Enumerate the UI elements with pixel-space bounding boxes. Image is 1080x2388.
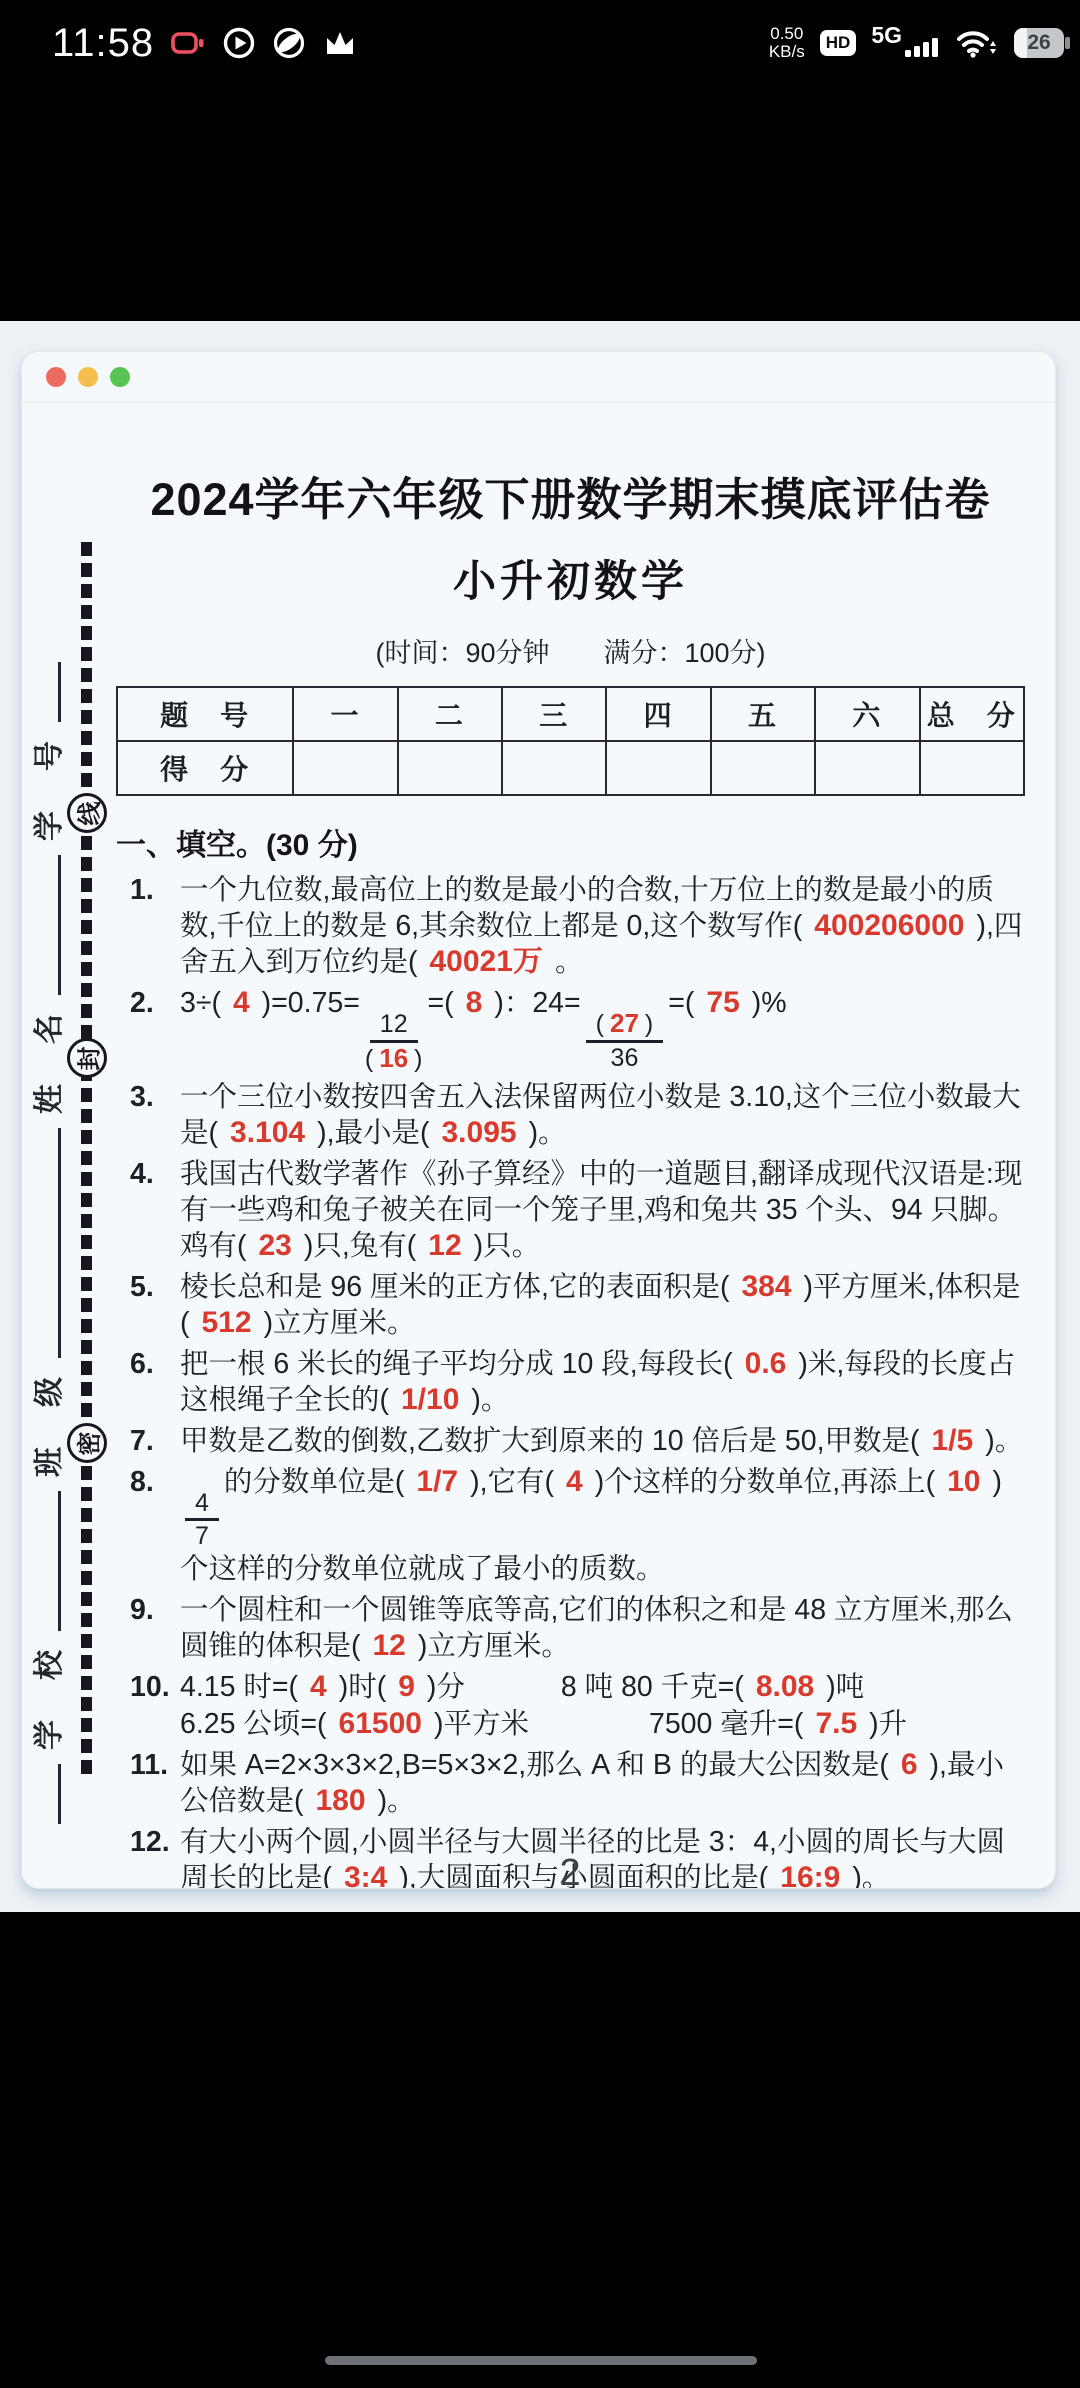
question-body: 3÷(4)=0.75=12(16)=(8)：24=(27)36=(75)% [180, 985, 1025, 1075]
question-line: 棱长总和是 96 厘米的正方体,它的表面积是(384)平方厘米,体积是(512)… [180, 1269, 1025, 1341]
theater-mask-icon [272, 26, 306, 60]
battery-indicator: 26 [1014, 28, 1070, 58]
question-number: 11. [130, 1747, 180, 1820]
question-body: 有大小两个圆,小圆半径与大圆半径的比是 3：4,小圆的周长与大圆周长的比是(3:… [180, 1824, 1025, 1889]
question-number: 6. [130, 1346, 180, 1419]
question-number: 3. [130, 1079, 180, 1152]
clock-time: 11:58 [52, 21, 154, 66]
signal-bars-icon [905, 38, 938, 57]
student-field-label: 姓 名 [24, 1009, 68, 1114]
answer-text: 512 [190, 1306, 264, 1339]
question-line: 有大小两个圆,小圆半径与大圆半径的比是 3：4,小圆的周长与大圆周长的比是(3:… [180, 1824, 1025, 1889]
question-text: 一个圆柱和一个圆锥等底等高,它们的体积之和是 48 立方厘米,那么圆锥的体积是( [180, 1594, 1013, 1662]
seal-character-badge: 密 [67, 1423, 107, 1463]
paper-subtitle: 小升初数学 [116, 548, 1025, 609]
question: 3.一个三位小数按四舍五入法保留两位小数是 3.10,这个三位小数最大是(3.1… [116, 1079, 1025, 1152]
question-text: )。 [985, 1425, 1023, 1457]
question-line: 如果 A=2×3×3×2,B=5×3×2,那么 A 和 B 的最大公因数是(6)… [180, 1747, 1025, 1819]
question-line: 甲数是乙数的倒数,乙数扩大到原来的 10 倍后是 50,甲数是(1/5)。 [180, 1423, 1025, 1459]
question-text: )立方厘米。 [418, 1630, 570, 1662]
question-number: 7. [130, 1423, 180, 1460]
question-body: 47的分数单位是(1/7),它有(4)个这样的分数单位,再添上(10)个这样的分… [180, 1464, 1025, 1589]
question-text: 7 [195, 1522, 209, 1550]
question-text: 把一根 6 米长的绳子平均分成 10 段,每段长( [180, 1348, 733, 1380]
answer-text: 16 [373, 1043, 414, 1073]
question-text: )。 [378, 1785, 416, 1817]
document-viewer-card[interactable]: 学 校班 级姓 名学 号 线封密 2024学年六年级下册数学期末摸底评估卷 小升… [21, 351, 1056, 1889]
question-text: 7500 毫升=( [649, 1708, 803, 1740]
question: 6.把一根 6 米长的绳子平均分成 10 段,每段长(0.6)米,每段的长度占这… [116, 1346, 1025, 1419]
answer-text: 180 [304, 1784, 378, 1817]
question-body: 棱长总和是 96 厘米的正方体,它的表面积是(384)平方厘米,体积是(512)… [180, 1269, 1025, 1342]
network-speed-value: 0.50 [770, 25, 803, 43]
answer-text: 1/7 [404, 1465, 470, 1498]
question-text: 4 [195, 1489, 209, 1517]
answer-text: 4 [221, 986, 262, 1019]
question-line: 一个九位数,最高位上的数是最小的合数,十万位上的数是最小的质数,千位上的数是 6… [180, 872, 1025, 980]
screen-record-icon [170, 27, 206, 59]
home-indicator[interactable] [325, 2356, 757, 2365]
question-text: ),大圆面积与小圆面积的比是( [399, 1862, 768, 1889]
question-text: ) [645, 1010, 653, 1038]
seal-character: 线 [70, 801, 105, 825]
score-cell-empty [815, 741, 919, 795]
blank-write-line [32, 1128, 61, 1358]
question-text: )。 [852, 1862, 890, 1889]
window-close-dot[interactable] [46, 367, 66, 387]
crown-icon [322, 28, 358, 58]
question: 9.一个圆柱和一个圆锥等底等高,它们的体积之和是 48 立方厘米,那么圆锥的体积… [116, 1592, 1025, 1665]
score-table-header-cell: 四 [606, 687, 710, 741]
question-line: 47的分数单位是(1/7),它有(4)个这样的分数单位,再添上(10)个这样的分… [180, 1464, 1025, 1588]
student-field-label: 学 校 [24, 1645, 68, 1750]
question-number: 4. [130, 1156, 180, 1265]
score-table-corner: 题 号 [117, 687, 293, 741]
question-number: 1. [130, 872, 180, 981]
question: 2.3÷(4)=0.75=12(16)=(8)：24=(27)36=(75)% [116, 985, 1025, 1075]
question-text: 6.25 公顷=( [180, 1708, 327, 1740]
student-field-label: 学 号 [24, 736, 68, 841]
answer-text: 3:4 [332, 1861, 399, 1889]
question: 11.如果 A=2×3×3×2,B=5×3×2,那么 A 和 B 的最大公因数是… [116, 1747, 1025, 1820]
section-heading: 一、填空。(30 分) [116, 820, 1025, 864]
question-text: )时( [339, 1671, 386, 1703]
question-text: )只。 [474, 1230, 541, 1262]
question-list: 1.一个九位数,最高位上的数是最小的合数,十万位上的数是最小的质数,千位上的数是… [116, 872, 1025, 1889]
fraction: (27)36 [586, 1009, 664, 1073]
question-number: 10. [130, 1669, 180, 1743]
question-text: )分 [427, 1671, 465, 1703]
question-text: 3÷( [180, 987, 221, 1019]
question: 1.一个九位数,最高位上的数是最小的合数,十万位上的数是最小的质数,千位上的数是… [116, 872, 1025, 981]
question-line: 4.15 时=(4)时(9)分8 吨 80 千克=(8.08)吨 [180, 1669, 1025, 1705]
answer-text: 23 [247, 1229, 304, 1262]
question-text: )。 [471, 1384, 509, 1416]
answer-text: 27 [604, 1008, 645, 1038]
score-table-header-cell: 五 [711, 687, 815, 741]
blank-write-line [32, 1491, 61, 1631]
answer-text: 61500 [327, 1707, 434, 1740]
seal-dashed-line [81, 542, 92, 1777]
question: 5.棱长总和是 96 厘米的正方体,它的表面积是(384)平方厘米,体积是(51… [116, 1269, 1025, 1342]
answer-text: 384 [729, 1270, 803, 1303]
question-text: )个这样的分数单位,再添上( [595, 1466, 935, 1498]
seal-character: 封 [70, 1046, 105, 1070]
question-text: )% [752, 987, 787, 1019]
window-minimize-dot[interactable] [78, 367, 98, 387]
answer-text: 6 [889, 1748, 930, 1781]
question-text: ),最小是( [317, 1117, 429, 1149]
network-speed: 0.50 KB/s [769, 25, 805, 61]
student-info-rail: 学 校班 级姓 名学 号 [26, 573, 66, 1889]
question-text: )平方米 [434, 1708, 529, 1740]
answer-text: 3.104 [218, 1116, 317, 1149]
question-number: 5. [130, 1269, 180, 1342]
answer-text: 3.095 [429, 1116, 528, 1149]
battery-percent: 26 [1014, 28, 1064, 58]
question-text: 8 吨 80 千克=( [561, 1671, 744, 1703]
question: 10.4.15 时=(4)时(9)分8 吨 80 千克=(8.08)吨6.25 … [116, 1669, 1025, 1743]
cellular-signal: 5G [871, 30, 938, 57]
answer-text: 8.08 [744, 1670, 826, 1703]
blank-write-line [32, 855, 61, 995]
score-cell-empty [711, 741, 815, 795]
question-number: 9. [130, 1592, 180, 1665]
score-table-header-cell: 一 [293, 687, 397, 741]
question: 7.甲数是乙数的倒数,乙数扩大到原来的 10 倍后是 50,甲数是(1/5)。 [116, 1423, 1025, 1460]
paper-title: 2024学年六年级下册数学期末摸底评估卷 [116, 463, 1025, 528]
blank-write-line [32, 662, 61, 722]
question-text: 棱长总和是 96 厘米的正方体,它的表面积是( [180, 1271, 729, 1303]
answer-text: 9 [386, 1670, 427, 1703]
question-text: )吨 [826, 1671, 864, 1703]
question-text: 。 [555, 946, 584, 978]
answer-text: 12 [361, 1629, 418, 1662]
score-table: 题 号一二三四五六总 分得 分 [116, 686, 1025, 796]
question-line: 6.25 公顷=(61500)平方米7500 毫升=(7.5)升 [180, 1706, 1025, 1742]
answer-text: 8 [454, 986, 495, 1019]
answer-text: 1/5 [920, 1424, 986, 1457]
question-text: =( [428, 987, 454, 1019]
question-text: 如果 A=2×3×3×2,B=5×3×2,那么 A 和 B 的最大公因数是( [180, 1749, 889, 1781]
seal-character-badge: 封 [67, 1038, 107, 1078]
question-text: )升 [869, 1708, 907, 1740]
network-speed-unit: KB/s [769, 43, 805, 61]
question-text: )立方厘米。 [264, 1307, 416, 1339]
question-text: )：24= [494, 987, 580, 1019]
answer-text: 75 [694, 986, 751, 1019]
seal-character: 密 [70, 1431, 105, 1455]
question-body: 一个圆柱和一个圆锥等底等高,它们的体积之和是 48 立方厘米,那么圆锥的体积是(… [180, 1592, 1025, 1665]
question-text: =( [668, 987, 694, 1019]
question-text: ),它有( [470, 1466, 554, 1498]
score-table-header-cell: 二 [398, 687, 502, 741]
window-maximize-dot[interactable] [110, 367, 130, 387]
play-circle-icon [222, 26, 256, 60]
question-text: )=0.75= [262, 987, 360, 1019]
question-line: 我国古代数学著作《孙子算经》中的一道题目,翻译成现代汉语是:现有一些鸡和兔子被关… [180, 1156, 1025, 1264]
question-body: 甲数是乙数的倒数,乙数扩大到原来的 10 倍后是 50,甲数是(1/5)。 [180, 1423, 1025, 1460]
answer-text: 12 [416, 1229, 473, 1262]
question-text: )只,兔有( [304, 1230, 416, 1262]
answer-text: 7.5 [803, 1707, 869, 1740]
window-titlebar [22, 352, 1055, 403]
score-cell-empty [502, 741, 606, 795]
blank-write-line [32, 1764, 61, 1824]
question-text: 36 [611, 1044, 639, 1072]
score-cell-empty [920, 741, 1024, 795]
answer-text: 4 [298, 1670, 339, 1703]
student-field-label: 班 级 [24, 1372, 68, 1477]
fraction: 47 [185, 1489, 219, 1552]
question-body: 一个九位数,最高位上的数是最小的合数,十万位上的数是最小的质数,千位上的数是 6… [180, 872, 1025, 981]
question-text: 的分数单位是( [224, 1466, 405, 1498]
question-text: ) [414, 1045, 422, 1073]
score-table-header-cell: 六 [815, 687, 919, 741]
score-cell-empty [398, 741, 502, 795]
question-body: 如果 A=2×3×3×2,B=5×3×2,那么 A 和 B 的最大公因数是(6)… [180, 1747, 1025, 1820]
ghost-page-number: 2 [560, 1852, 581, 1889]
question-body: 我国古代数学著作《孙子算经》中的一道题目,翻译成现代汉语是:现有一些鸡和兔子被关… [180, 1156, 1025, 1265]
seal-character-badge: 线 [67, 793, 107, 833]
wifi-icon [953, 26, 999, 60]
question-text: ( [365, 1045, 373, 1073]
score-row-label: 得 分 [117, 741, 293, 795]
fraction: 12(16) [365, 1010, 423, 1074]
answer-text: 400206000 [802, 909, 976, 942]
paper-meta: (时间：90分钟 满分：100分) [116, 631, 1025, 670]
question-line: 3÷(4)=0.75=12(16)=(8)：24=(27)36=(75)% [180, 985, 1025, 1074]
network-type-label: 5G [871, 22, 902, 49]
answer-text: 1/10 [389, 1383, 471, 1416]
question-text: 4.15 时=( [180, 1671, 298, 1703]
question-line: 一个圆柱和一个圆锥等底等高,它们的体积之和是 48 立方厘米,那么圆锥的体积是(… [180, 1592, 1025, 1664]
score-table-header-cell: 总 分 [920, 687, 1024, 741]
question-text: ( [596, 1010, 604, 1038]
question-number: 12. [130, 1824, 180, 1889]
question-number: 2. [130, 985, 180, 1075]
question-body: 一个三位小数按四舍五入法保留两位小数是 3.10,这个三位小数最大是(3.104… [180, 1079, 1025, 1152]
question-text: 12 [380, 1010, 408, 1038]
question-body: 把一根 6 米长的绳子平均分成 10 段,每段长(0.6)米,每段的长度占这根绳… [180, 1346, 1025, 1419]
question-line: 把一根 6 米长的绳子平均分成 10 段,每段长(0.6)米,每段的长度占这根绳… [180, 1346, 1025, 1418]
question: 8.47的分数单位是(1/7),它有(4)个这样的分数单位,再添上(10)个这样… [116, 1464, 1025, 1589]
score-table-header-cell: 三 [502, 687, 606, 741]
score-cell-empty [293, 741, 397, 795]
answer-text: 40021万 [418, 945, 555, 978]
question: 4.我国古代数学著作《孙子算经》中的一道题目,翻译成现代汉语是:现有一些鸡和兔子… [116, 1156, 1025, 1265]
question-line: 一个三位小数按四舍五入法保留两位小数是 3.10,这个三位小数最大是(3.104… [180, 1079, 1025, 1151]
question-body: 4.15 时=(4)时(9)分8 吨 80 千克=(8.08)吨6.25 公顷=… [180, 1669, 1025, 1743]
answer-text: 16:9 [768, 1861, 852, 1889]
answer-text: 10 [935, 1465, 992, 1498]
status-bar: 11:58 0.50 KB/s HD 5G [0, 0, 1080, 80]
question-number: 8. [130, 1464, 180, 1589]
question-text: 甲数是乙数的倒数,乙数扩大到原来的 10 倍后是 50,甲数是( [180, 1425, 920, 1457]
answer-text: 4 [554, 1465, 595, 1498]
exam-paper: 学 校班 级姓 名学 号 线封密 2024学年六年级下册数学期末摸底评估卷 小升… [22, 463, 1055, 1889]
score-cell-empty [606, 741, 710, 795]
answer-text: 0.6 [733, 1347, 799, 1380]
hd-badge: HD [820, 30, 857, 56]
question-text: )。 [529, 1117, 567, 1149]
